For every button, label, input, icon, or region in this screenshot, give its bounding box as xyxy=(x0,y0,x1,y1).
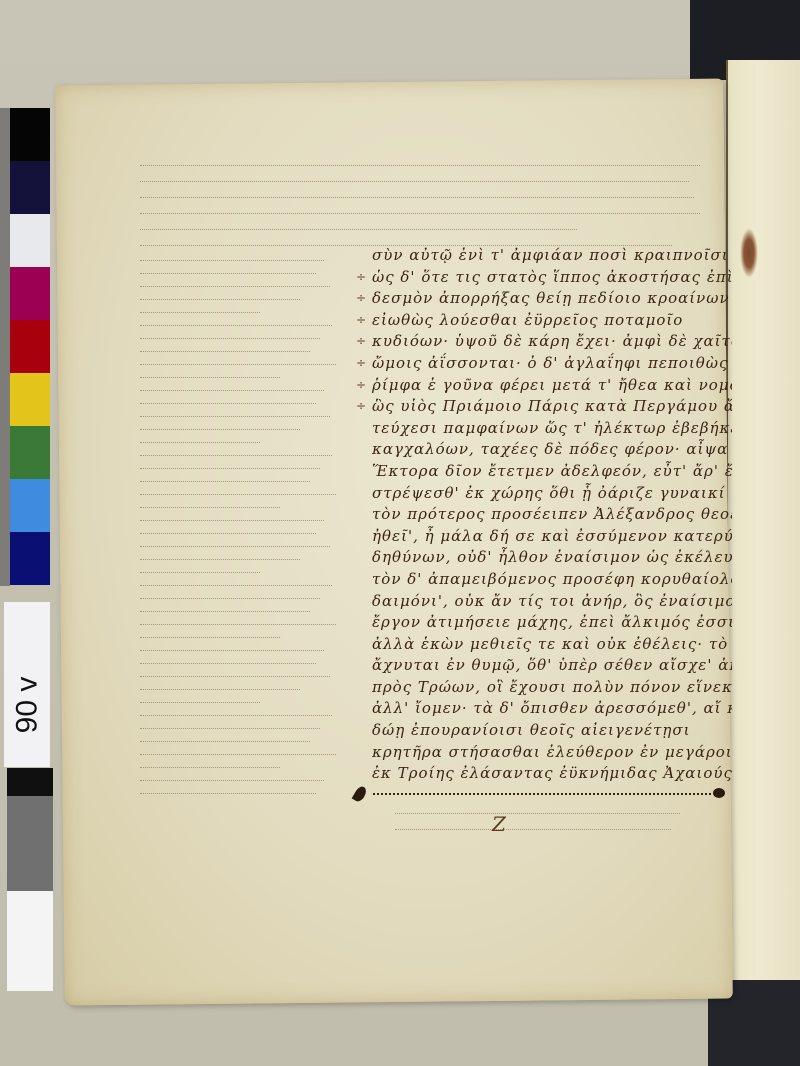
scholia-line xyxy=(140,299,300,302)
color-patch xyxy=(10,532,50,585)
scholia-line xyxy=(140,533,316,536)
text-line: τὸν πρότερος προσέειπεν Ἀλέξανδρος θεοει… xyxy=(372,504,732,526)
text-line: τὸν δ' ἀπαμειβόμενος προσέφη κορυθαίολος… xyxy=(372,569,732,591)
text-line: δεσμὸν ἀπορρήξας θείῃ πεδίοιο κροαίνων xyxy=(372,288,732,310)
scholia-line xyxy=(140,260,324,263)
scholia-line xyxy=(140,494,336,497)
scholia-line xyxy=(140,676,330,679)
text-line: πρὸς Τρώων, οἳ ἔχουσι πολὺν πόνον εἵνεκα… xyxy=(372,677,732,699)
grey-patch xyxy=(7,796,53,891)
scholia-line xyxy=(140,585,332,588)
scholia-line xyxy=(140,416,330,419)
text-line: Ἕκτορα δῖον ἔτετμεν ἀδελφεόν, εὖτ' ἄρ' ἔ… xyxy=(372,461,732,483)
color-patch xyxy=(10,108,50,161)
scholia-line xyxy=(140,624,336,627)
section-separator xyxy=(355,788,725,800)
scholia-line xyxy=(140,197,694,200)
text-line: ἀλλὰ ἑκὼν μεθιεῖς τε καὶ οὐκ ἐθέλεις· τὸ… xyxy=(372,634,732,656)
scholia-line xyxy=(140,507,280,510)
facing-page-edge xyxy=(726,60,800,980)
text-line: στρέψεσθ' ἐκ χώρης ὅθι ᾗ ὀάριζε γυναικί xyxy=(372,483,732,505)
color-patch xyxy=(10,373,50,426)
scholia-line xyxy=(140,325,332,328)
scholia-line xyxy=(140,165,700,168)
scholia-line xyxy=(140,611,310,614)
scholia-line xyxy=(140,780,324,783)
text-line: ὤμοις ἀΐσσονται· ὁ δ' ἀγλαΐηφι πεποιθὼς xyxy=(372,353,732,375)
scholia-line xyxy=(140,429,300,432)
text-line: ὣς υἱὸς Πριάμοιο Πάρις κατὰ Περγάμου ἄκρ… xyxy=(372,396,732,418)
scholia-line xyxy=(140,689,300,692)
quire-signature: Z xyxy=(492,812,506,836)
grey-calibration-strip xyxy=(7,768,53,991)
color-patch xyxy=(10,161,50,214)
bottom-scholia xyxy=(395,800,695,845)
text-line: κυδιόων· ὑψοῦ δὲ κάρη ἔχει· ἀμφὶ δὲ χαῖτ… xyxy=(372,331,732,353)
scholia-line xyxy=(140,351,310,354)
scholia-line xyxy=(140,572,260,575)
text-line: σὺν αὐτῷ ἐνὶ τ' ἀμφιάαν ποσὶ κραιπνοῖσι … xyxy=(372,245,732,267)
text-line: δώῃ ἐπουρανίοισι θεοῖς αἰειγενέτῃσι xyxy=(372,720,732,742)
ornament-icon xyxy=(713,788,725,798)
decorated-initial-icon xyxy=(740,228,758,278)
scholia-line xyxy=(140,377,280,380)
scholia-line xyxy=(395,829,671,832)
scholia-line xyxy=(140,520,324,523)
text-line: καγχαλόων, ταχέες δὲ πόδες φέρον· αἶψα δ… xyxy=(372,439,732,461)
text-line: κρητῆρα στήσασθαι ἐλεύθερον ἐν μεγάροισι… xyxy=(372,742,732,764)
scholia-line xyxy=(140,481,310,484)
text-line: ἀλλ' ἴομεν· τὰ δ' ὄπισθεν ἀρεσσόμεθ', αἴ… xyxy=(372,698,732,720)
main-text-block: σὺν αὐτῷ ἐνὶ τ' ἀμφιάαν ποσὶ κραιπνοῖσι … xyxy=(372,245,732,785)
color-calibration-strip xyxy=(10,108,50,585)
text-line: δηθύνων, οὐδ' ἦλθον ἐναίσιμον ὡς ἐκέλευε… xyxy=(372,547,732,569)
scholia-line xyxy=(140,273,316,276)
scholia-line xyxy=(140,403,316,406)
scholia-line xyxy=(140,741,310,744)
scholia-line xyxy=(140,286,330,289)
color-patch xyxy=(10,320,50,373)
text-line: τεύχεσι παμφαίνων ὥς τ' ἠλέκτωρ ἐβεβήκει xyxy=(372,418,732,440)
text-line: ῥίμφα ἑ γοῦνα φέρει μετά τ' ἤθεα καὶ νομ… xyxy=(372,375,732,397)
scholia-line xyxy=(140,715,332,718)
scholia-line xyxy=(140,390,324,393)
scholia-line xyxy=(140,598,320,601)
grey-patch xyxy=(7,891,53,991)
scholia-line xyxy=(140,364,336,367)
scholia-line xyxy=(140,702,260,705)
text-line: εἰωθὼς λούεσθαι ἐϋρρεῖος ποταμοῖο xyxy=(372,310,732,332)
scholia-line xyxy=(395,813,680,816)
scholia-line xyxy=(140,728,320,731)
scholia-line xyxy=(140,338,320,341)
scholia-line xyxy=(140,754,336,757)
text-line: ἄχνυται ἐν θυμῷ, ὅθ' ὑπὲρ σέθεν αἴσχε' ἀ… xyxy=(372,655,732,677)
color-patch xyxy=(10,267,50,320)
scholia-line xyxy=(140,312,260,315)
color-patch xyxy=(10,214,50,267)
scholia-line xyxy=(140,213,700,216)
scholia-line xyxy=(140,181,689,184)
text-line: ἠθεῖ', ἦ μάλα δή σε καὶ ἐσσύμενον κατερύ… xyxy=(372,526,732,548)
grey-patch xyxy=(7,768,53,796)
scholia-line xyxy=(140,793,316,796)
folio-label: 90 v xyxy=(4,660,50,750)
scholia-line xyxy=(140,468,320,471)
scholia-line xyxy=(140,663,316,666)
text-line: δαιμόνι', οὐκ ἄν τίς τοι ἀνήρ, ὃς ἐναίσι… xyxy=(372,591,732,613)
left-margin-scholia xyxy=(140,250,340,806)
scholia-line xyxy=(140,455,332,458)
text-line: ἐκ Τροίης ἐλάσαντας ἐϋκνήμιδας Ἀχαιούς xyxy=(372,763,732,785)
text-line: ἔργον ἀτιμήσειε μάχης, ἐπεὶ ἄλκιμός ἐσσι xyxy=(372,612,732,634)
scholia-line xyxy=(140,767,280,770)
text-line: ὡς δ' ὅτε τις στατὸς ἵππος ἀκοστήσας ἐπὶ… xyxy=(372,267,732,289)
color-patch xyxy=(10,479,50,532)
scholia-line xyxy=(140,637,280,640)
ruler-scale xyxy=(0,108,10,586)
color-patch xyxy=(10,426,50,479)
scholia-line xyxy=(140,650,324,653)
scholia-line xyxy=(140,442,260,445)
scholia-line xyxy=(140,546,330,549)
scholia-line xyxy=(140,559,300,562)
scholia-line xyxy=(140,229,577,232)
